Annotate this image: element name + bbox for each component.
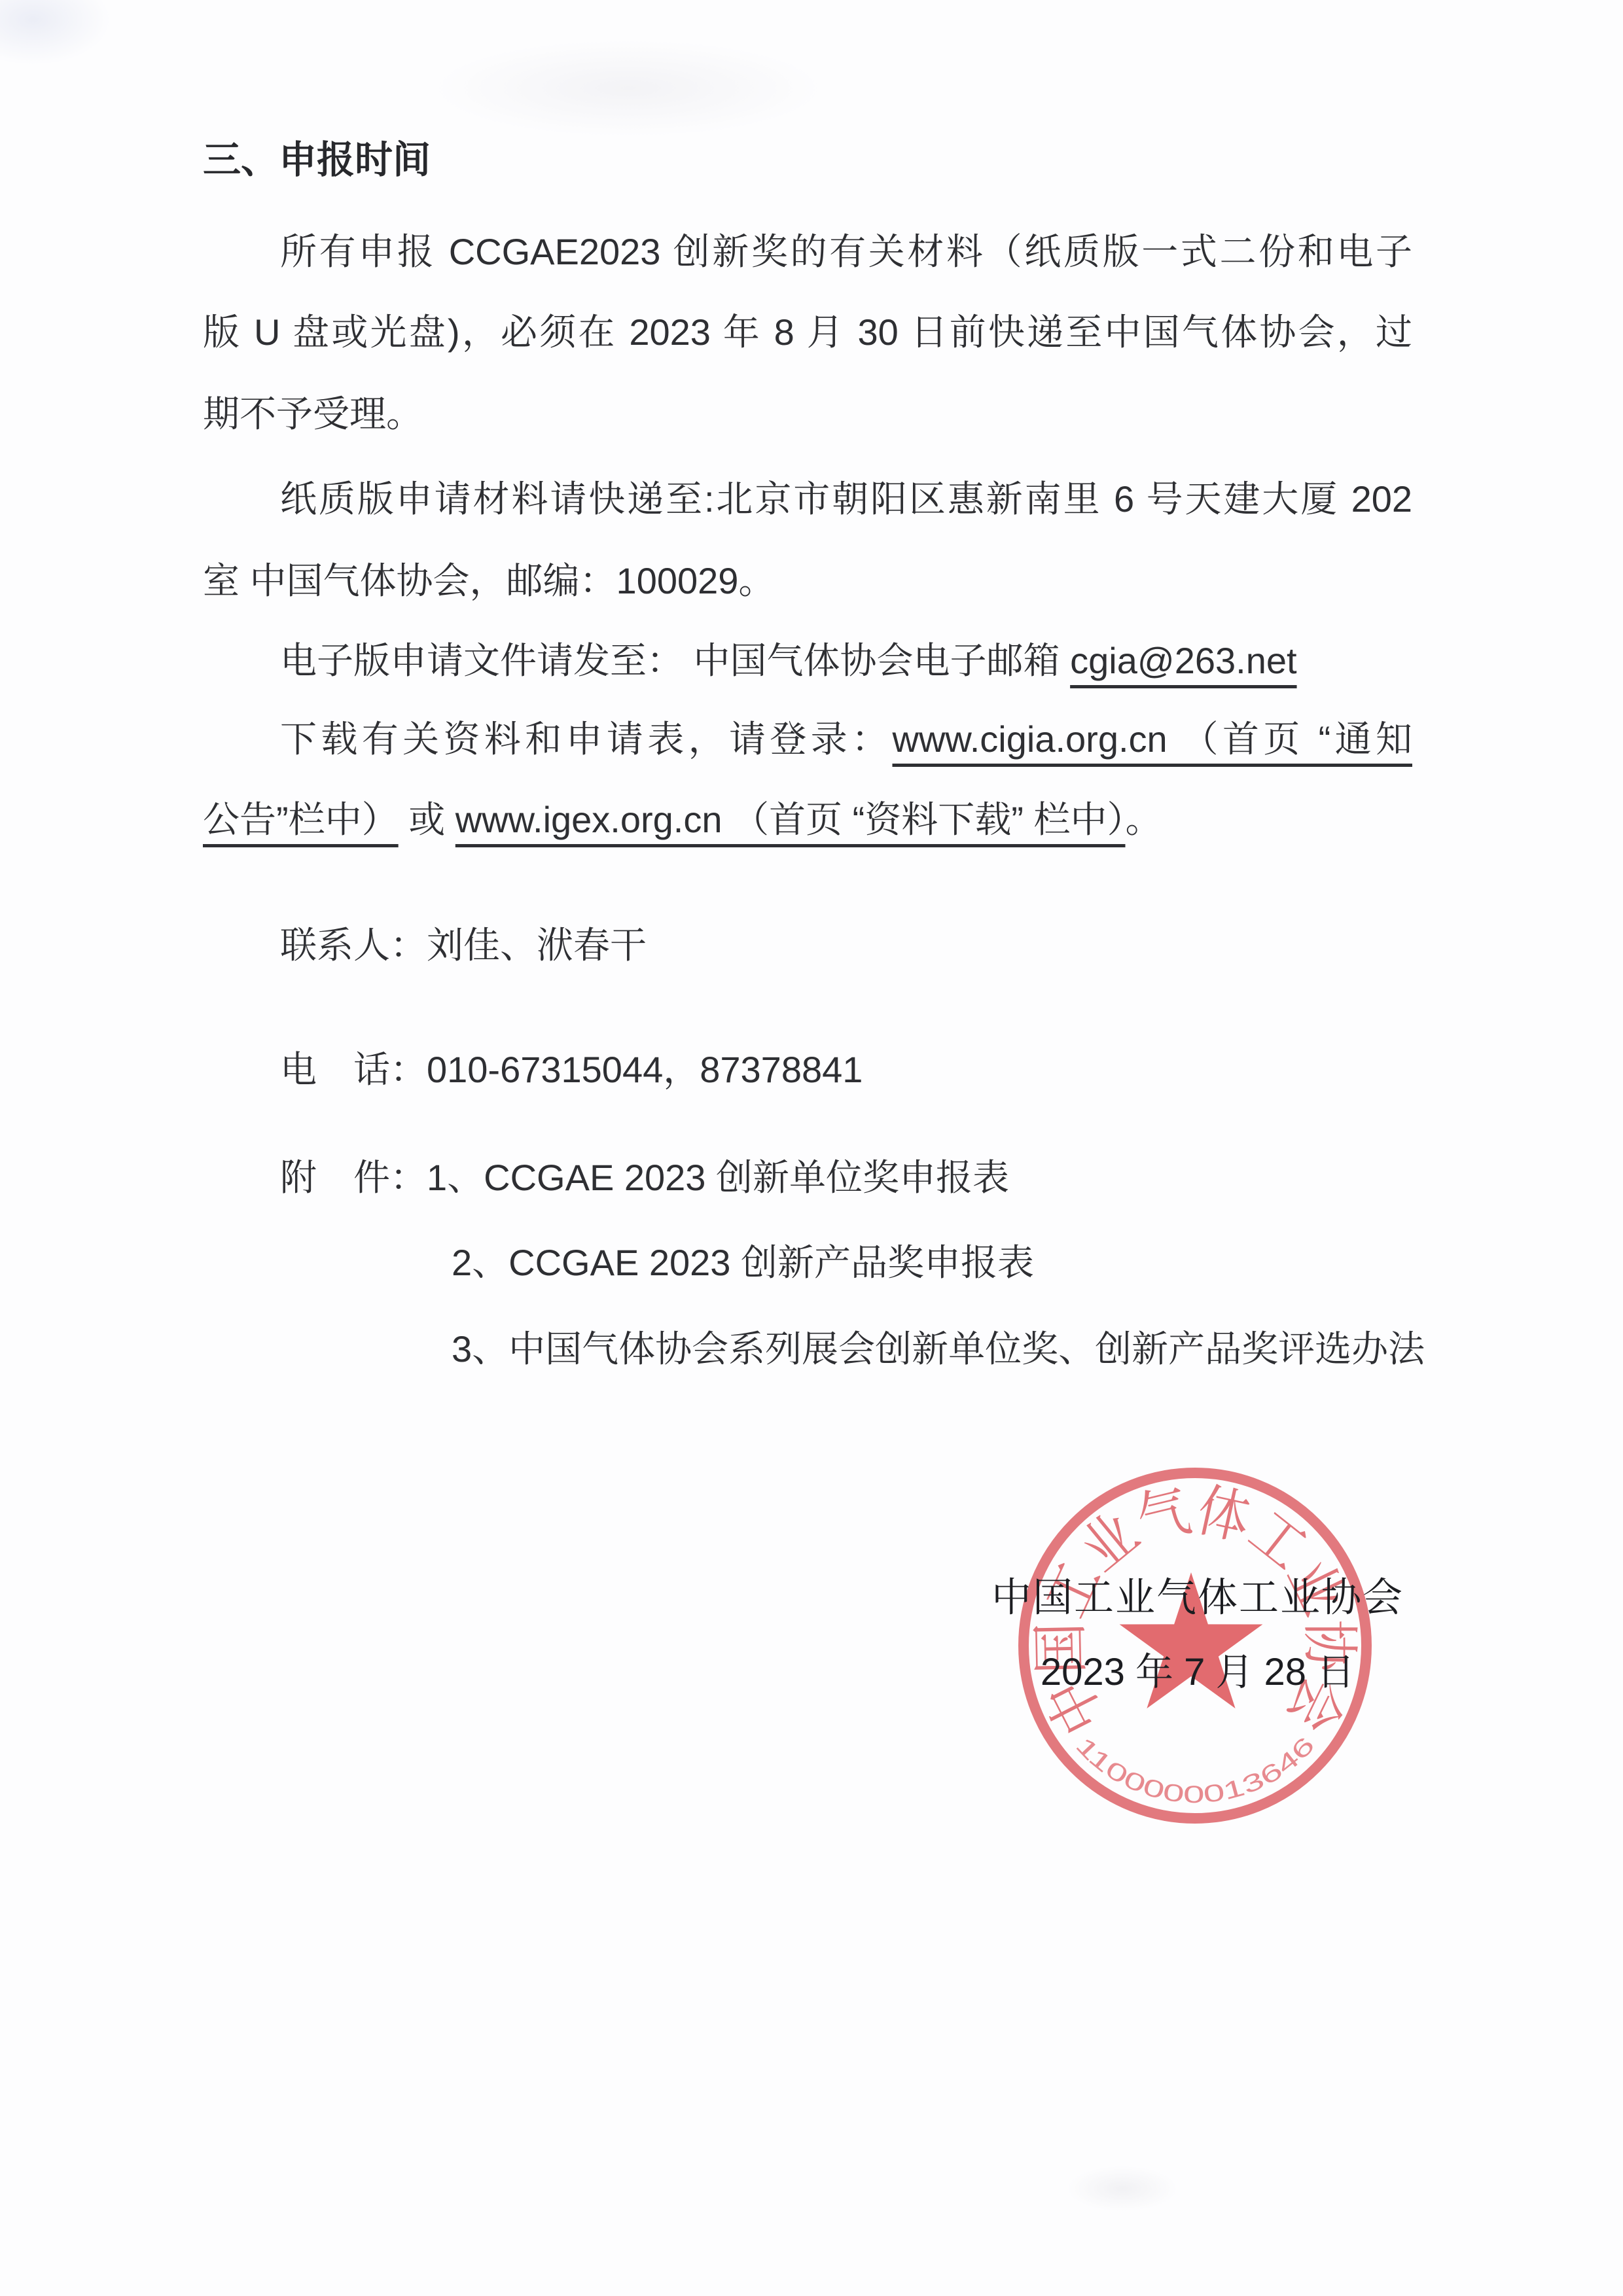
signature-organization: 中国工业气体工业协会	[969, 1570, 1427, 1624]
attachment-line-3: 3、中国气体协会系列展会创新单位奖、创新产品奖评选办法	[203, 1310, 1412, 1388]
paragraph4-lead: 下载有关资料和申请表，请登录：	[280, 718, 893, 760]
igex-website-link[interactable]: www.igex.org.cn （首页 “资料下载” 栏中）	[455, 799, 1126, 840]
section-heading: 三、申报时间	[203, 121, 1412, 200]
sentence-period: 。	[1125, 799, 1162, 840]
paragraph4-line1: 下载有关资料和申请表，请登录：www.cigia.org.cn （首页 “通知	[203, 700, 1412, 779]
attachment-line-1: 附 件：1、CCGAE 2023 创新单位奖申报表	[203, 1139, 1412, 1217]
paragraph1-line1: 所有申报 CCGAE2023 创新奖的有关材料（纸质版一式二份和电子	[203, 213, 1412, 291]
scan-artifact-corner	[0, 0, 111, 65]
paragraph4-line2: 公告”栏中） 或 www.igex.org.cn （首页 “资料下载” 栏中）。	[203, 781, 1412, 859]
email-link[interactable]: cgia@263.net	[1070, 640, 1296, 681]
cigia-website-link[interactable]: www.cigia.org.cn （首页 “通知	[893, 718, 1413, 760]
scanned-document-page: 三、申报时间 所有申报 CCGAE2023 创新奖的有关材料（纸质版一式二份和电…	[0, 0, 1623, 2296]
signature-date: 2023 年 7 月 28 日	[969, 1649, 1427, 1696]
paragraph1-line3: 期不予受理。	[203, 375, 1412, 453]
paragraph1-line2: 版 U 盘或光盘)，必须在 2023 年 8 月 30 日前快递至中国气体协会，…	[203, 293, 1412, 372]
contact-phone-line: 电 话：010-67315044，87378841	[203, 1031, 1412, 1109]
paragraph3-text: 电子版申请文件请发至： 中国气体协会电子邮箱	[280, 640, 1070, 681]
contact-person-line: 联系人：刘佳、洑春干	[203, 906, 1412, 985]
cigia-link-tail[interactable]: 公告”栏中）	[203, 799, 399, 840]
paragraph2-line1: 纸质版申请材料请快递至:北京市朝阳区惠新南里 6 号天建大厦 202	[203, 460, 1412, 539]
signature-block: 中国工业气体工业协会 2023 年 7 月 28 日	[969, 1570, 1427, 1696]
attachment-line-2: 2、CCGAE 2023 创新产品奖申报表	[203, 1224, 1412, 1302]
paragraph2-line2: 室 中国气体协会，邮编：100029。	[203, 542, 1412, 620]
conjunction-text: 或	[399, 799, 455, 840]
paragraph3-line: 电子版申请文件请发至： 中国气体协会电子邮箱 cgia@263.net	[203, 622, 1412, 700]
scan-artifact-bottom	[1067, 2166, 1178, 2212]
